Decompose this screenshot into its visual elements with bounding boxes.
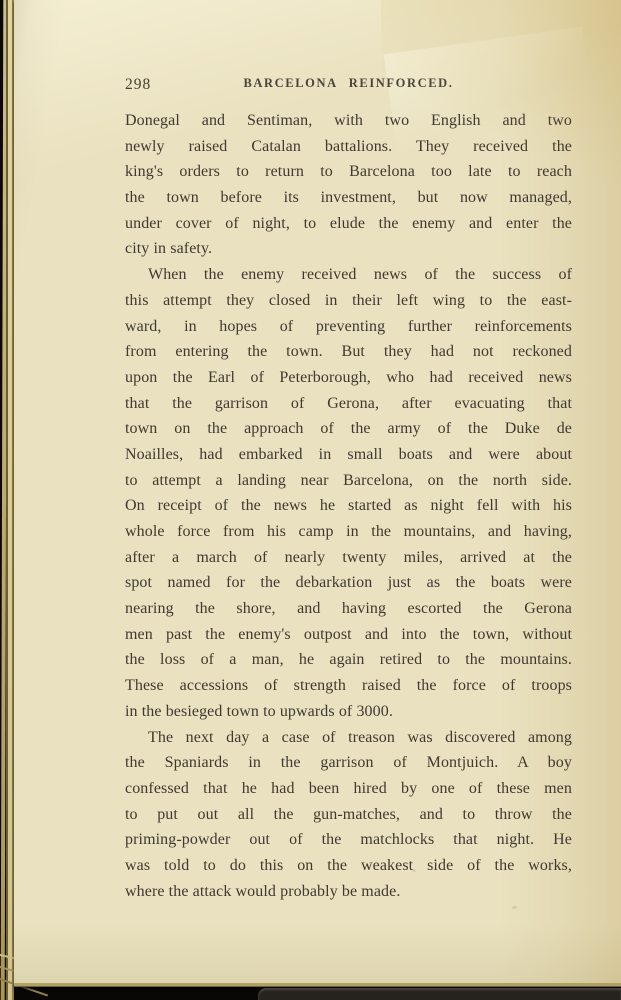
text-line: that the garrison of Gerona, after evacu…: [125, 391, 572, 417]
text-line: ward, in hopes of preventing further rei…: [125, 314, 572, 340]
book-scan: 298 BARCELONA REINFORCED. Donegal and Se…: [0, 0, 621, 1000]
text-line: to attempt a landing near Barcelona, on …: [125, 468, 572, 494]
text-line: nearing the shore, and having escorted t…: [125, 596, 572, 622]
text-line: The next day a case of treason was disco…: [125, 725, 572, 751]
text-line: the loss of a man, he again retired to t…: [125, 647, 572, 673]
text-line: men past the enemy's outpost and into th…: [125, 622, 572, 648]
text-line: after a march of nearly twenty miles, ar…: [125, 545, 572, 571]
text-line: this attempt they closed in their left w…: [125, 288, 572, 314]
page-header: 298 BARCELONA REINFORCED.: [125, 76, 572, 91]
text-line: Noailles, had embarked in small boats an…: [125, 442, 572, 468]
text-line: newly raised Catalan battalions. They re…: [125, 134, 572, 160]
text-line: where the attack would probably be made.: [125, 879, 572, 905]
book-page: 298 BARCELONA REINFORCED. Donegal and Se…: [14, 0, 621, 986]
page-edge-stack: [0, 0, 14, 1000]
text-line: These accessions of strength raised the …: [125, 673, 572, 699]
page-number: 298: [125, 76, 151, 94]
text-line: the town before its investment, but now …: [125, 185, 572, 211]
text-column: Donegal and Sentiman, with two English a…: [125, 108, 572, 904]
text-line: from entering the town. But they had not…: [125, 339, 572, 365]
text-line: was told to do this on the weakest side …: [125, 853, 572, 879]
text-line: spot named for the debarkation just as t…: [125, 570, 572, 596]
paragraph: Donegal and Sentiman, with two English a…: [125, 108, 572, 262]
text-line: under cover of night, to elude the enemy…: [125, 211, 572, 237]
text-line: to put out all the gun-matches, and to t…: [125, 802, 572, 828]
text-line: town on the approach of the army of the …: [125, 416, 572, 442]
text-line: in the besieged town to upwards of 3000.: [125, 699, 572, 725]
text-line: king's orders to return to Barcelona too…: [125, 159, 572, 185]
paragraph: The next day a case of treason was disco…: [125, 725, 572, 905]
text-line: city in safety.: [125, 236, 572, 262]
text-line: whole force from his camp in the mountai…: [125, 519, 572, 545]
text-line: priming-powder out of the matchlocks tha…: [125, 827, 572, 853]
text-line: upon the Earl of Peterborough, who had r…: [125, 365, 572, 391]
text-line: Donegal and Sentiman, with two English a…: [125, 108, 572, 134]
text-line: the Spaniards in the garrison of Montjui…: [125, 750, 572, 776]
text-line: When the enemy received news of the succ…: [125, 262, 572, 288]
dust-speck: [412, 869, 416, 872]
dust-speck: [560, 633, 563, 636]
table-surface: [258, 988, 621, 1000]
dust-speck: [512, 906, 517, 909]
text-line: On receipt of the news he started as nig…: [125, 493, 572, 519]
paragraph: When the enemy received news of the succ…: [125, 262, 572, 724]
running-header: BARCELONA REINFORCED.: [125, 76, 572, 91]
text-line: confessed that he had been hired by one …: [125, 776, 572, 802]
